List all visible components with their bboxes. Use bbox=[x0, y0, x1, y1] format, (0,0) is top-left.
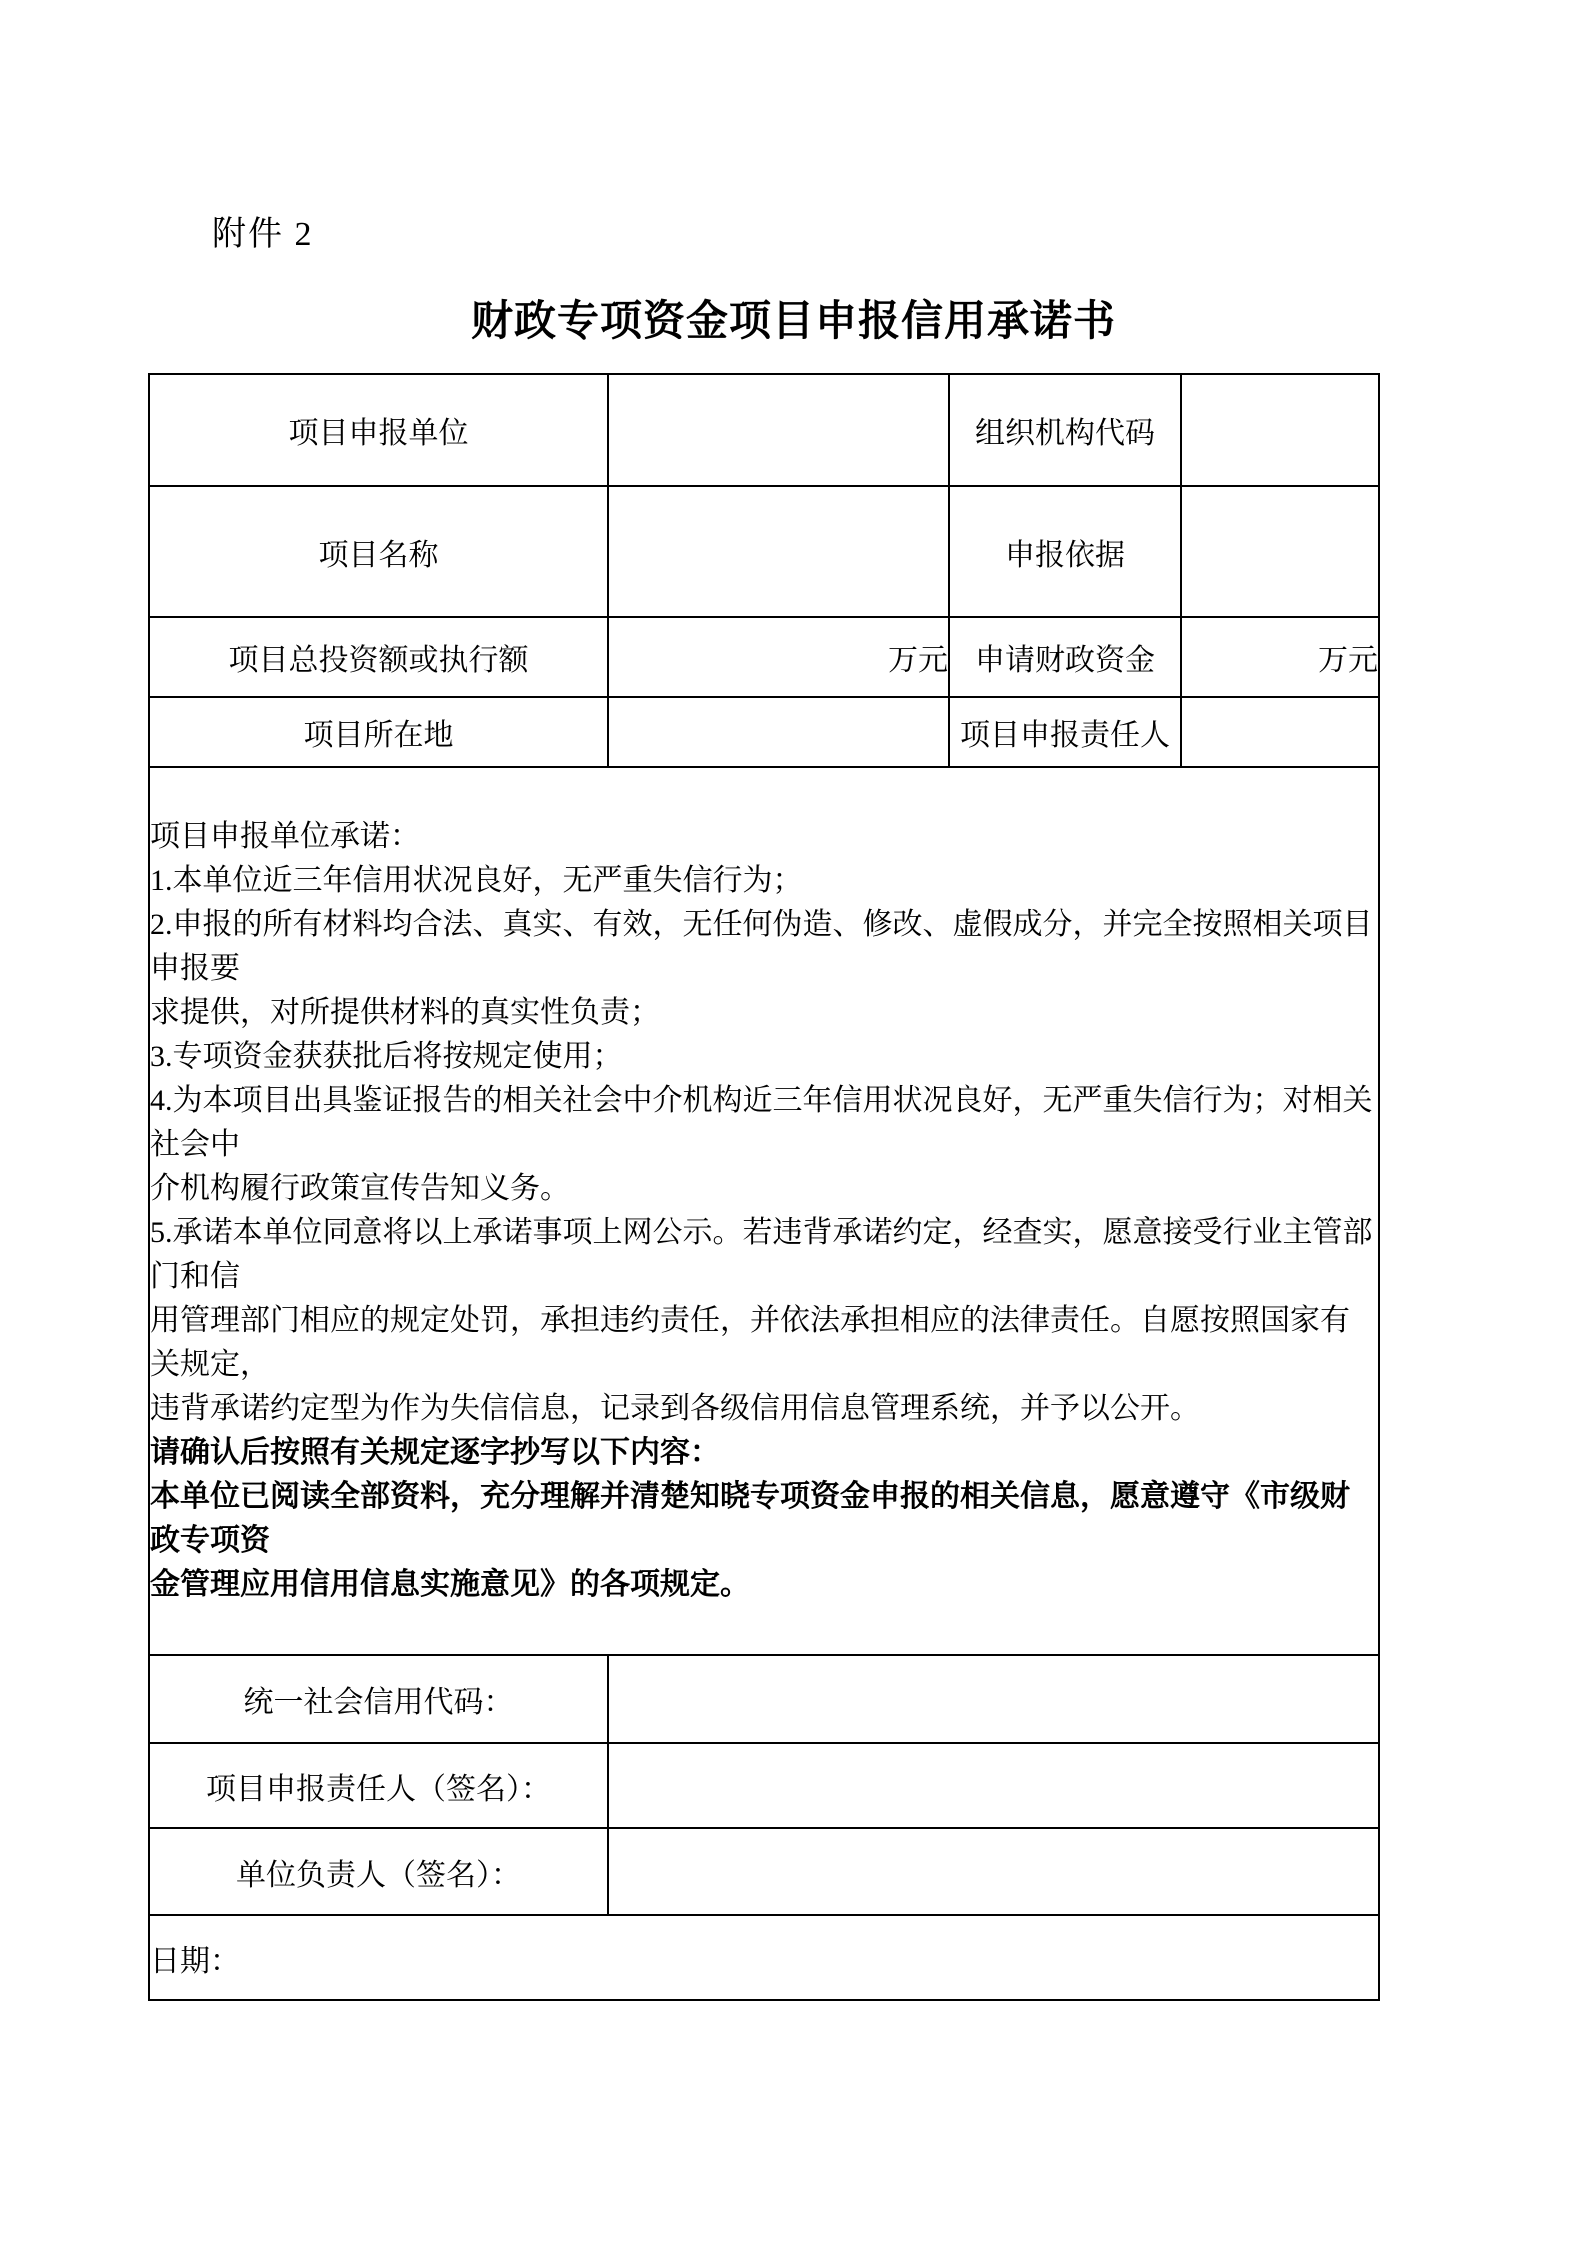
table-row: 项目总投资额或执行额 万元 申请财政资金 万元 bbox=[149, 617, 1379, 697]
credit-code-input-cell[interactable] bbox=[608, 1655, 1379, 1743]
commitment-line: 项目申报单位承诺： bbox=[150, 815, 1378, 859]
table-row: 项目申报责任人（签名）： bbox=[149, 1743, 1379, 1828]
unit-head-signature-label: 单位负责人（签名）： bbox=[149, 1828, 608, 1915]
commitment-line: 介机构履行政策宣传告知义务。 bbox=[150, 1167, 1378, 1211]
date-input-cell[interactable]: 日期： bbox=[149, 1915, 1379, 2000]
handwrite-content-line: 金管理应用信用信息实施意见》的各项规定。 bbox=[150, 1563, 1378, 1607]
commitment-line: 用管理部门相应的规定处罚，承担违约责任，并依法承担相应的法律责任。自愿按照国家有… bbox=[150, 1299, 1378, 1387]
fiscal-fund-input-cell[interactable]: 万元 bbox=[1181, 617, 1379, 697]
project-name-label: 项目名称 bbox=[149, 486, 608, 617]
fiscal-fund-label: 申请财政资金 bbox=[949, 617, 1181, 697]
commitment-line: 违背承诺约定型为作为失信信息，记录到各级信用信息管理系统，并予以公开。 bbox=[150, 1387, 1378, 1431]
table-row: 项目申报单位 组织机构代码 bbox=[149, 374, 1379, 486]
total-investment-input-cell[interactable]: 万元 bbox=[608, 617, 949, 697]
project-unit-label: 项目申报单位 bbox=[149, 374, 608, 486]
commitment-text-cell: 项目申报单位承诺： 1.本单位近三年信用状况良好，无严重失信行为； 2.申报的所… bbox=[149, 767, 1379, 1655]
project-name-input-cell[interactable] bbox=[608, 486, 949, 617]
commitment-line: 4.为本项目出具鉴证报告的相关社会中介机构近三年信用状况良好，无严重失信行为；对… bbox=[150, 1079, 1378, 1167]
date-label: 日期： bbox=[150, 1945, 240, 1978]
project-unit-input-cell[interactable] bbox=[608, 374, 949, 486]
table-row: 项目所在地 项目申报责任人 bbox=[149, 697, 1379, 767]
application-basis-label: 申报依据 bbox=[949, 486, 1181, 617]
commitment-line: 1.本单位近三年信用状况良好，无严重失信行为； bbox=[150, 859, 1378, 903]
commitment-line: 求提供，对所提供材料的真实性负责； bbox=[150, 991, 1378, 1035]
total-investment-label: 项目总投资额或执行额 bbox=[149, 617, 608, 697]
table-row: 统一社会信用代码： bbox=[149, 1655, 1379, 1743]
commitment-line: 3.专项资金获获批后将按规定使用； bbox=[150, 1035, 1378, 1079]
commitment-row: 项目申报单位承诺： 1.本单位近三年信用状况良好，无严重失信行为； 2.申报的所… bbox=[149, 767, 1379, 1655]
responsible-signature-input-cell[interactable] bbox=[608, 1743, 1379, 1828]
org-code-label: 组织机构代码 bbox=[949, 374, 1181, 486]
project-responsible-input-cell[interactable] bbox=[1181, 697, 1379, 767]
table-row: 日期： bbox=[149, 1915, 1379, 2000]
page-title: 财政专项资金项目申报信用承诺书 bbox=[0, 288, 1587, 348]
responsible-signature-label: 项目申报责任人（签名）： bbox=[149, 1743, 608, 1828]
credit-code-label: 统一社会信用代码： bbox=[149, 1655, 608, 1743]
document-page: 附件 2 财政专项资金项目申报信用承诺书 项目申报单位 组织机构代码 项目名称 … bbox=[0, 0, 1587, 2245]
wan-yuan-unit-label: 万元 bbox=[1318, 644, 1378, 677]
table-row: 项目名称 申报依据 bbox=[149, 486, 1379, 617]
project-responsible-label: 项目申报责任人 bbox=[949, 697, 1181, 767]
handwrite-instruction-line: 请确认后按照有关规定逐字抄写以下内容： bbox=[150, 1431, 1378, 1475]
wan-yuan-unit-label: 万元 bbox=[888, 644, 948, 677]
attachment-label: 附件 2 bbox=[212, 206, 314, 255]
project-location-input-cell[interactable] bbox=[608, 697, 949, 767]
org-code-input-cell[interactable] bbox=[1181, 374, 1379, 486]
credit-commitment-form-table: 项目申报单位 组织机构代码 项目名称 申报依据 项目总投资额或执行额 万元 申请… bbox=[148, 373, 1380, 2001]
handwrite-content-line: 本单位已阅读全部资料，充分理解并清楚知晓专项资金申报的相关信息，愿意遵守《市级财… bbox=[150, 1475, 1378, 1563]
project-location-label: 项目所在地 bbox=[149, 697, 608, 767]
commitment-line: 2.申报的所有材料均合法、真实、有效，无任何伪造、修改、虚假成分，并完全按照相关… bbox=[150, 903, 1378, 991]
commitment-line: 5.承诺本单位同意将以上承诺事项上网公示。若违背承诺约定，经查实，愿意接受行业主… bbox=[150, 1211, 1378, 1299]
application-basis-input-cell[interactable] bbox=[1181, 486, 1379, 617]
unit-head-signature-input-cell[interactable] bbox=[608, 1828, 1379, 1915]
table-row: 单位负责人（签名）： bbox=[149, 1828, 1379, 1915]
